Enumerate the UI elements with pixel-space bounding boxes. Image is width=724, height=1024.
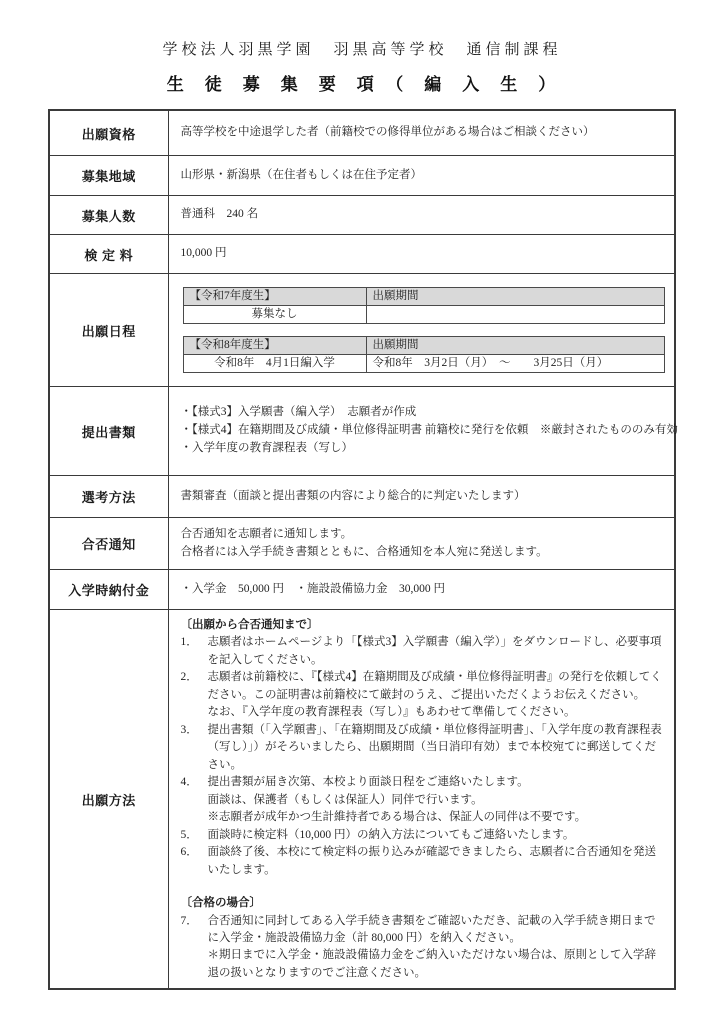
row-label-selection: 選考方法 <box>49 476 168 518</box>
step-number-spacer <box>181 792 208 809</box>
step-number: 5． <box>181 827 208 844</box>
step-number-spacer <box>181 704 208 721</box>
step-text: 志願者はホームページより「【様式3】入学願書（編入学）」をダウンロードし、必要事… <box>208 634 665 669</box>
table-row-admission-fee: 入学時納付金 ・入学金 50,000 円 ・施設設備協力金 30,000 円 <box>49 570 675 610</box>
method-step-4: 4． 提出書類が届き次第、本校より面談日程をご連絡いたします。 <box>181 774 665 791</box>
row-value-qualification: 高等学校を中途退学した者（前籍校での修得単位がある場合はご相談ください） <box>168 110 675 156</box>
method-step-1: 1． 志願者はホームページより「【様式3】入学願書（編入学）」をダウンロードし、… <box>181 634 665 669</box>
doc-header: 学校法人羽黒学園 羽黒高等学校 通信制課程 生 徒 募 集 要 項 （ 編 入 … <box>48 38 676 95</box>
school-name-line: 学校法人羽黒学園 羽黒高等学校 通信制課程 <box>48 38 676 59</box>
row-value-capacity: 普通科 240 名 <box>168 196 675 235</box>
row-value-admission-fee: ・入学金 50,000 円 ・施設設備協力金 30,000 円 <box>168 570 675 610</box>
schedule-r7-data-row: 募集なし <box>183 306 664 324</box>
table-row-exam-fee: 検 定 料 10,000 円 <box>49 235 675 274</box>
notification-line: 合格者には入学手続き書類とともに、合格通知を本人宛に発送します。 <box>181 544 667 562</box>
schedule-r8-header-row: 【令和8年度生】 出願期間 <box>183 337 664 355</box>
notification-line: 合否通知を志願者に通知します。 <box>181 526 667 544</box>
table-row-capacity: 募集人数 普通科 240 名 <box>49 196 675 235</box>
schedule-r8-period-header: 出願期間 <box>366 337 664 355</box>
step-text: 提出書類が届き次第、本校より面談日程をご連絡いたします。 <box>208 774 665 791</box>
method-step-4-note2: ※志願者が成年かつ生計維持者である場合は、保証人の同伴は不要です。 <box>181 809 665 826</box>
row-label-documents: 提出書類 <box>49 387 168 476</box>
step-text: 提出書類（「入学願書」、「在籍期間及び成績・単位修得証明書」、「入学年度の教育課… <box>208 722 665 774</box>
schedule-r8-year-header: 【令和8年度生】 <box>183 337 366 355</box>
method-section2-heading: 〔合格の場合〕 <box>181 895 665 912</box>
document-page: 学校法人羽黒学園 羽黒高等学校 通信制課程 生 徒 募 集 要 項 （ 編 入 … <box>0 0 724 1024</box>
table-row-notification: 合否通知 合否通知を志願者に通知します。 合格者には入学手続き書類とともに、合格… <box>49 518 675 570</box>
step-text: 面談時に検定料（10,000 円）の納入方法についてもご連絡いたします。 <box>208 827 665 844</box>
method-step-7: 7． 合否通知に同封してある入学手続き書類をご確認いただき、記載の入学手続き期日… <box>181 913 665 948</box>
document-item: ・【様式3】入学願書（編入学） 志願者が作成 <box>181 404 667 422</box>
schedule-r7-entry: 募集なし <box>183 306 366 324</box>
document-item: ・入学年度の教育課程表（写し） <box>181 440 667 458</box>
method-step-3: 3． 提出書類（「入学願書」、「在籍期間及び成績・単位修得証明書」、「入学年度の… <box>181 722 665 774</box>
schedule-r7-period-header: 出願期間 <box>366 288 664 306</box>
step-text: 面談終了後、本校にて検定料の振り込みが確認できましたら、志願者に合否通知を発送い… <box>208 844 665 879</box>
document-item: ・【様式4】在籍期間及び成績・単位修得証明書 前籍校に発行を依頼 ※厳封されたも… <box>181 422 667 440</box>
table-row-method: 出願方法 〔出願から合否通知まで〕 1． 志願者はホームページより「【様式3】入… <box>49 610 675 990</box>
step-number: 1． <box>181 634 208 669</box>
row-label-exam-fee: 検 定 料 <box>49 235 168 274</box>
row-label-notification: 合否通知 <box>49 518 168 570</box>
step-subtext: ※志願者が成年かつ生計維持者である場合は、保証人の同伴は不要です。 <box>208 809 665 826</box>
schedule-table-r7: 【令和7年度生】 出願期間 募集なし <box>183 287 665 324</box>
table-row-selection: 選考方法 書類審査（面談と提出書類の内容により総合的に判定いたします） <box>49 476 675 518</box>
row-label-area: 募集地域 <box>49 156 168 196</box>
method-step-6: 6． 面談終了後、本校にて検定料の振り込みが確認できましたら、志願者に合否通知を… <box>181 844 665 879</box>
row-value-notification: 合否通知を志願者に通知します。 合格者には入学手続き書類とともに、合格通知を本人… <box>168 518 675 570</box>
schedule-r7-header-row: 【令和7年度生】 出願期間 <box>183 288 664 306</box>
table-row-area: 募集地域 山形県・新潟県（在住者もしくは在住予定者） <box>49 156 675 196</box>
step-text: 志願者は前籍校に、『【様式4】在籍期間及び成績・単位修得証明書』の発行を依頼して… <box>208 669 665 704</box>
row-label-method: 出願方法 <box>49 610 168 990</box>
step-text: 合否通知に同封してある入学手続き書類をご確認いただき、記載の入学手続き期日までに… <box>208 913 665 948</box>
row-value-exam-fee: 10,000 円 <box>168 235 675 274</box>
table-row-documents: 提出書類 ・【様式3】入学願書（編入学） 志願者が作成 ・【様式4】在籍期間及び… <box>49 387 675 476</box>
schedule-table-r8: 【令和8年度生】 出願期間 令和8年 4月1日編入学 令和8年 3月2日（月） … <box>183 336 665 373</box>
row-value-schedule: 【令和7年度生】 出願期間 募集なし 【令和8年度生 <box>168 274 675 387</box>
step-number-spacer <box>181 947 208 982</box>
table-row-schedule: 出願日程 【令和7年度生】 出願期間 募集なし <box>49 274 675 387</box>
row-label-schedule: 出願日程 <box>49 274 168 387</box>
step-number: 3． <box>181 722 208 774</box>
step-subtext: ＊期日までに入学金・施設設備協力金をご納入いただけない場合は、原則として入学辞退… <box>208 947 665 982</box>
step-number: 2． <box>181 669 208 704</box>
step-number: 6． <box>181 844 208 879</box>
step-number: 4． <box>181 774 208 791</box>
row-value-area: 山形県・新潟県（在住者もしくは在住予定者） <box>168 156 675 196</box>
row-label-capacity: 募集人数 <box>49 196 168 235</box>
schedule-r7-period <box>366 306 664 324</box>
row-value-selection: 書類審査（面談と提出書類の内容により総合的に判定いたします） <box>168 476 675 518</box>
method-step-4-note: 面談は、保護者（もしくは保証人）同伴で行います。 <box>181 792 665 809</box>
row-value-method: 〔出願から合否通知まで〕 1． 志願者はホームページより「【様式3】入学願書（編… <box>168 610 675 990</box>
page-title: 生 徒 募 集 要 項 （ 編 入 生 ） <box>48 70 676 95</box>
step-subtext: なお、『入学年度の教育課程表（写し）』もあわせて準備してください。 <box>208 704 665 721</box>
method-section1-heading: 〔出願から合否通知まで〕 <box>181 617 665 634</box>
table-row-qualification: 出願資格 高等学校を中途退学した者（前籍校での修得単位がある場合はご相談ください… <box>49 110 675 156</box>
schedule-r8-data-row: 令和8年 4月1日編入学 令和8年 3月2日（月） ～ 3月25日（月） <box>183 355 664 373</box>
row-value-documents: ・【様式3】入学願書（編入学） 志願者が作成 ・【様式4】在籍期間及び成績・単位… <box>168 387 675 476</box>
row-label-admission-fee: 入学時納付金 <box>49 570 168 610</box>
step-subtext: 面談は、保護者（もしくは保証人）同伴で行います。 <box>208 792 665 809</box>
method-step-2-note: なお、『入学年度の教育課程表（写し）』もあわせて準備してください。 <box>181 704 665 721</box>
row-label-qualification: 出願資格 <box>49 110 168 156</box>
method-step-7-note: ＊期日までに入学金・施設設備協力金をご納入いただけない場合は、原則として入学辞退… <box>181 947 665 982</box>
step-number-spacer <box>181 809 208 826</box>
method-step-5: 5． 面談時に検定料（10,000 円）の納入方法についてもご連絡いたします。 <box>181 827 665 844</box>
schedule-r7-year-header: 【令和7年度生】 <box>183 288 366 306</box>
schedule-r8-entry: 令和8年 4月1日編入学 <box>183 355 366 373</box>
schedule-r8-period: 令和8年 3月2日（月） ～ 3月25日（月） <box>366 355 664 373</box>
requirements-table: 出願資格 高等学校を中途退学した者（前籍校での修得単位がある場合はご相談ください… <box>48 109 676 990</box>
step-number: 7． <box>181 913 208 948</box>
method-step-2: 2． 志願者は前籍校に、『【様式4】在籍期間及び成績・単位修得証明書』の発行を依… <box>181 669 665 704</box>
